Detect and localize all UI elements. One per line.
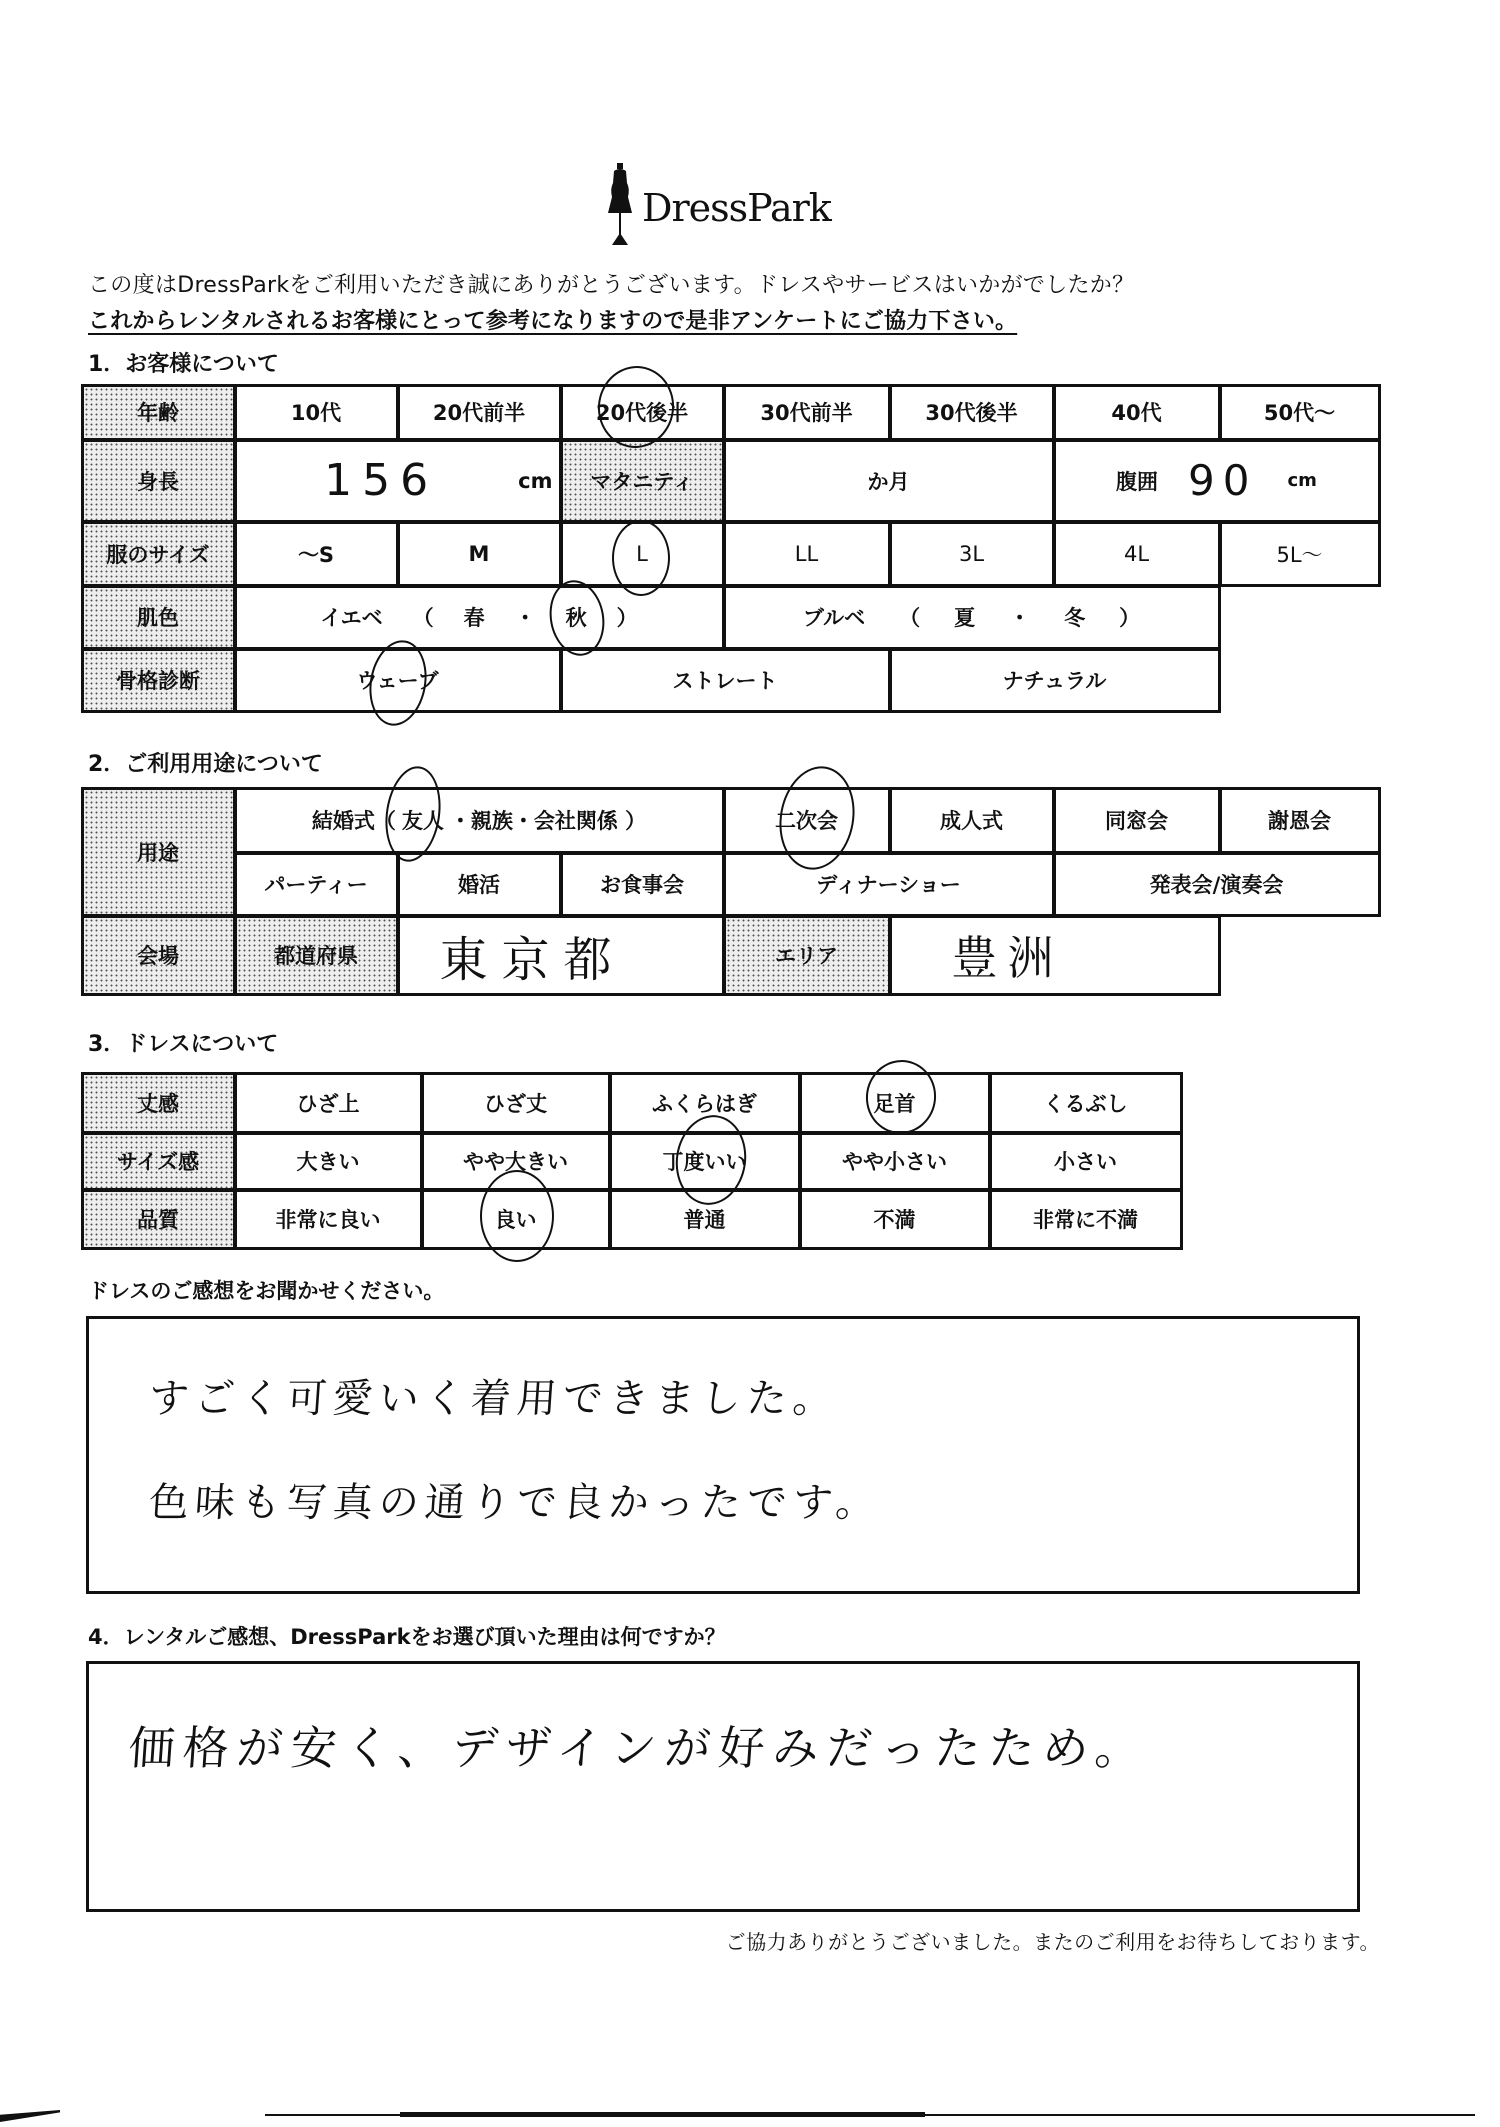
size-label: 服のサイズ (81, 521, 236, 587)
section2-heading: 2．ご利用用途について (88, 750, 323, 780)
prefecture-label-text: 都道府県 (274, 940, 358, 970)
quality-label: 品質 (81, 1189, 236, 1250)
purpose-option[interactable]: 成人式 (889, 787, 1055, 854)
skin-yellow-base-option[interactable]: イエベ （ 春 ・ 秋 ） (234, 585, 725, 650)
age-option-selected[interactable]: 20代後半 (560, 384, 725, 441)
size-option-selected[interactable]: L (560, 521, 725, 587)
wedding-option[interactable]: 結婚式（ 友人 ・親族・会社関係 ） (234, 787, 725, 854)
purpose-option[interactable]: 謝恩会 (1219, 787, 1381, 854)
area-label: エリア (723, 915, 891, 996)
size-feel-option[interactable]: やや大きい (421, 1132, 611, 1191)
skin-winter-option[interactable]: 冬 (1064, 602, 1085, 632)
skin-blue-prefix: ブルベ (803, 602, 865, 632)
section4-heading: 4．レンタルご感想、DressParkをお選び頂いた理由は何ですか？ (88, 1622, 726, 1652)
frame-option[interactable]: ストレート (560, 648, 891, 713)
quality-option[interactable]: 非常に不満 (989, 1189, 1183, 1250)
height-label: 身長 (81, 439, 236, 523)
frame-option-selected[interactable]: ウェーブ (234, 648, 562, 713)
size-label-text: 服のサイズ (106, 539, 209, 569)
skin-label: 肌色 (81, 585, 236, 650)
intro-thanks-text: この度はDressParkをご利用いただき誠にありがとうございます。ドレスやサー… (88, 270, 1134, 302)
size-option[interactable]: 4L (1053, 521, 1221, 587)
frame-label-text: 骨格診断 (116, 665, 200, 695)
skin-dot: ・ (1009, 602, 1030, 632)
prefecture-label: 都道府県 (234, 915, 399, 996)
section1-heading: 1．お客様について (88, 350, 279, 380)
quality-option[interactable]: 普通 (609, 1189, 801, 1250)
reason-textarea[interactable]: 価格が安く、デザインが好みだったため。 (86, 1661, 1360, 1912)
scan-corner-mark (0, 2110, 60, 2122)
purpose-option[interactable]: 同窓会 (1053, 787, 1221, 854)
size-option[interactable]: LL (723, 521, 891, 587)
dress-form-icon (606, 163, 634, 247)
height-unit: cm (518, 469, 552, 493)
length-label: 丈感 (81, 1072, 236, 1134)
size-option[interactable]: 5L～ (1219, 521, 1381, 587)
length-option[interactable]: くるぶし (989, 1072, 1183, 1134)
waist-field[interactable]: 腹囲 90 cm (1053, 439, 1381, 523)
scan-edge-line-thick (400, 2112, 925, 2117)
height-label-text: 身長 (137, 466, 179, 496)
age-option[interactable]: 30代後半 (889, 384, 1055, 441)
quality-option[interactable]: 非常に良い (234, 1189, 423, 1250)
quality-label-text: 品質 (137, 1204, 179, 1234)
length-label-text: 丈感 (137, 1088, 179, 1118)
skin-dot: ・ (515, 602, 536, 632)
maternity-label: マタニティ (560, 439, 725, 523)
skin-autumn-option-selected[interactable]: 秋 (566, 602, 587, 632)
venue-label: 会場 (81, 915, 236, 996)
skin-yellow-prefix: イエベ (320, 602, 382, 632)
skin-summer-option[interactable]: 夏 (954, 602, 975, 632)
quality-option-selected[interactable]: 良い (421, 1189, 611, 1250)
dress-comment-line1: すごく可愛いく着用できました。 (147, 1367, 841, 1424)
size-option[interactable]: ～S (234, 521, 399, 587)
purpose-option[interactable]: パーティー (234, 852, 399, 917)
intro-request-text: これからレンタルされるお客様にとって参考になりますので是非アンケートにご協力下さ… (88, 306, 1017, 338)
purpose-option[interactable]: お食事会 (560, 852, 725, 917)
age-option[interactable]: 40代 (1053, 384, 1221, 441)
size-feel-option-selected[interactable]: 丁度いい (609, 1132, 801, 1191)
frame-label: 骨格診断 (81, 648, 236, 713)
area-value: 豊洲 (952, 922, 1064, 988)
skin-paren-open: （ (413, 602, 434, 632)
age-option[interactable]: 30代前半 (723, 384, 891, 441)
skin-spring-option[interactable]: 春 (464, 602, 485, 632)
prefecture-field[interactable]: 東京都 (397, 915, 725, 996)
size-option[interactable]: 3L (889, 521, 1055, 587)
area-field[interactable]: 豊洲 (889, 915, 1221, 996)
skin-paren-open: （ (899, 602, 920, 632)
skin-blue-base-option[interactable]: ブルベ （ 夏 ・ 冬 ） (723, 585, 1221, 650)
height-value: 156 (324, 455, 438, 506)
waist-label: 腹囲 (1116, 466, 1158, 496)
age-option[interactable]: 20代前半 (397, 384, 562, 441)
purpose-option[interactable]: 婚活 (397, 852, 562, 917)
size-option[interactable]: M (397, 521, 562, 587)
length-option[interactable]: ひざ丈 (421, 1072, 611, 1134)
age-option[interactable]: 50代～ (1219, 384, 1381, 441)
maternity-months-unit: か月 (868, 466, 910, 496)
skin-paren-close: ） (617, 602, 638, 632)
quality-option[interactable]: 不満 (799, 1189, 991, 1250)
section3-heading: 3．ドレスについて (88, 1030, 278, 1060)
waist-unit: cm (1288, 470, 1317, 491)
size-feel-option[interactable]: 小さい (989, 1132, 1183, 1191)
dress-comment-textarea[interactable]: すごく可愛いく着用できました。 色味も写真の通りで良かったです。 (86, 1316, 1360, 1594)
purpose-option[interactable]: 発表会/演奏会 (1053, 852, 1381, 917)
maternity-label-text: マタニティ (590, 466, 693, 496)
length-option[interactable]: ふくらはぎ (609, 1072, 801, 1134)
length-option-selected[interactable]: 足首 (799, 1072, 991, 1134)
size-feel-option[interactable]: やや小さい (799, 1132, 991, 1191)
venue-label-text: 会場 (137, 940, 179, 970)
wedding-friend-option-selected[interactable]: 友人 (402, 805, 444, 835)
skin-paren-close: ） (1119, 602, 1140, 632)
area-label-text: エリア (775, 940, 838, 970)
size-feel-label-text: サイズ感 (117, 1146, 199, 1176)
prefecture-value: 東京都 (440, 921, 626, 990)
wedding-prefix: 結婚式（ (312, 805, 396, 835)
size-feel-option[interactable]: 大きい (234, 1132, 423, 1191)
purpose-label: 用途 (81, 787, 236, 917)
skin-label-text: 肌色 (137, 602, 179, 632)
frame-option[interactable]: ナチュラル (889, 648, 1221, 713)
purpose-option[interactable]: ディナーショー (723, 852, 1055, 917)
waist-value: 90 (1188, 456, 1257, 505)
size-feel-label: サイズ感 (81, 1132, 236, 1191)
wedding-other-options[interactable]: ・親族・会社関係 ） (450, 805, 646, 835)
length-option[interactable]: ひざ上 (234, 1072, 423, 1134)
age-label: 年齢 (81, 384, 236, 441)
dress-comment-prompt: ドレスのご感想をお聞かせください。 (88, 1276, 444, 1306)
purpose-option-selected[interactable]: 二次会 (723, 787, 891, 854)
footer-thanks-text: ご協力ありがとうございました。またのご利用をお待ちしております。 (726, 1927, 1380, 1957)
brand-logo-text: DressPark (642, 186, 831, 230)
dress-comment-line2: 色味も写真の通りで良かったです。 (147, 1471, 884, 1528)
height-field[interactable]: 156 cm (234, 439, 562, 523)
purpose-label-text: 用途 (137, 837, 179, 867)
reason-answer: 価格が安く、デザインが好みだったため。 (127, 1712, 1152, 1778)
age-option[interactable]: 10代 (234, 384, 399, 441)
maternity-months-field[interactable]: か月 (723, 439, 1055, 523)
age-label-text: 年齢 (137, 397, 179, 427)
